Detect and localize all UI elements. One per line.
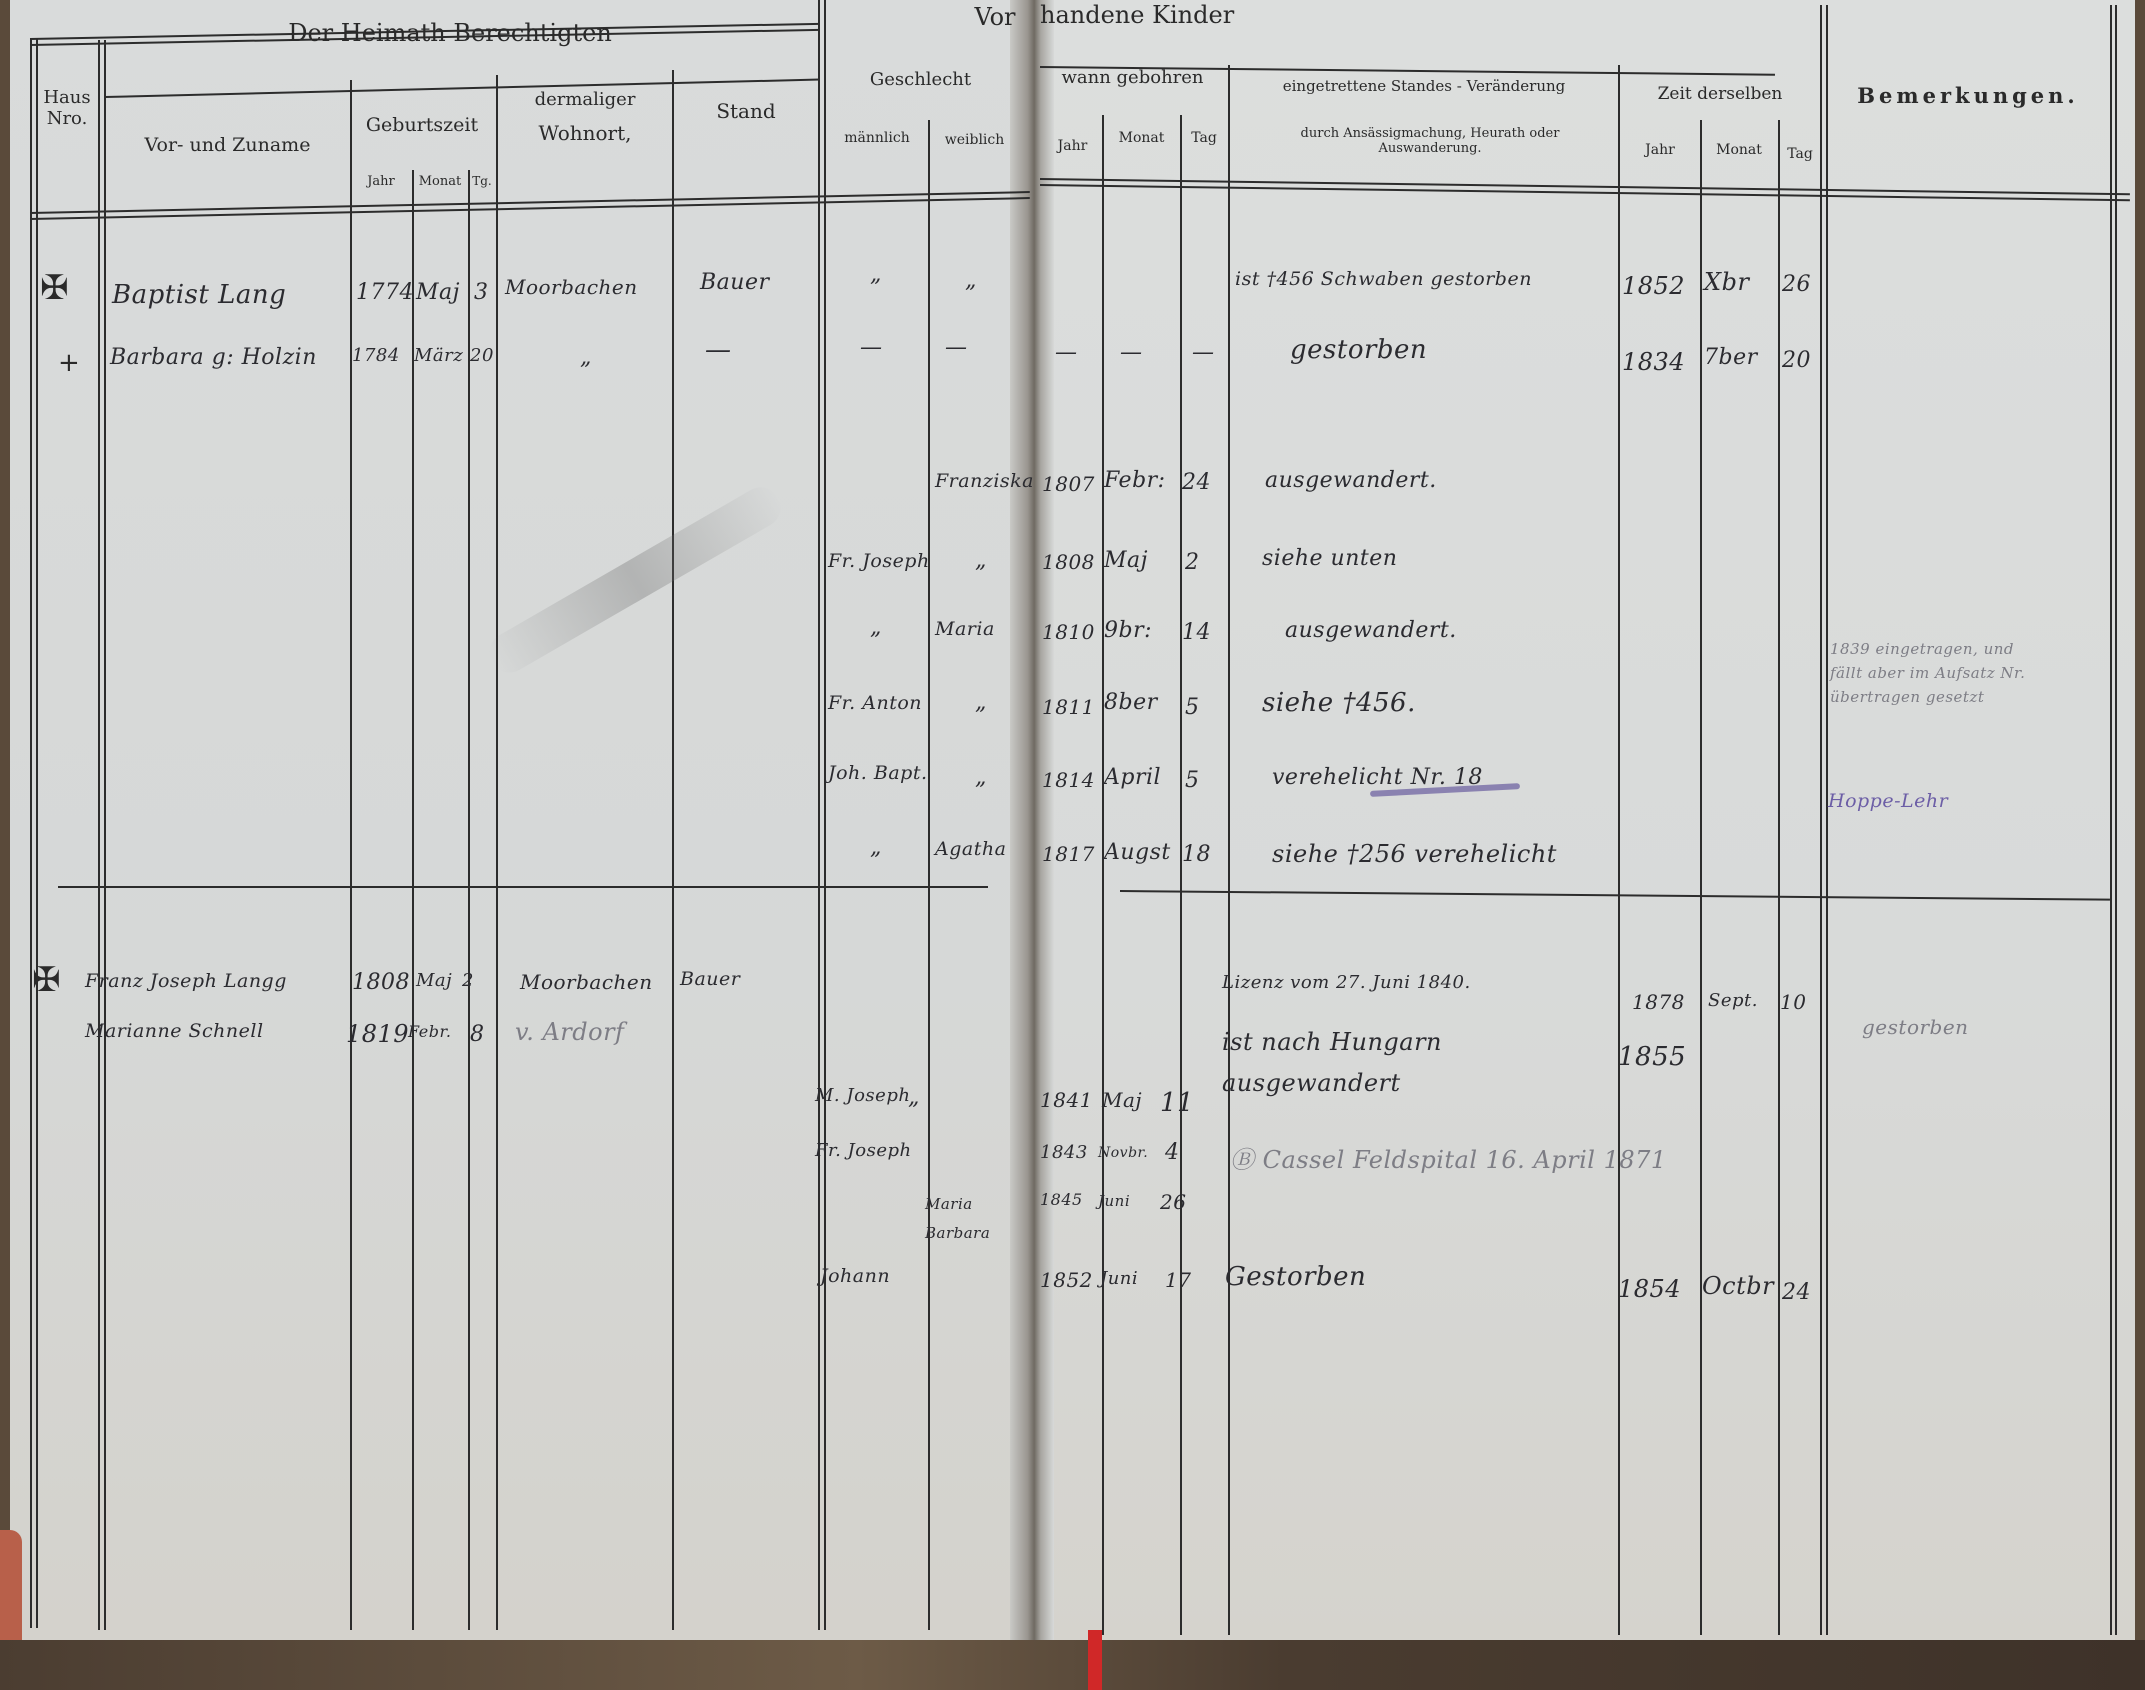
child-status-change: siehe †256 verehelicht [1272,840,1557,868]
group-title-vorhandene-kinder: handene Kinder [1040,2,1270,30]
child-female: „ [975,548,987,573]
child-year: 1841 [1040,1088,1093,1112]
bookmark-ribbon [1088,1630,1102,1690]
child-female: „ [908,1085,920,1110]
male-mark: „ [870,262,882,287]
col-geburtszeit-monat: Monat [412,175,468,190]
col-geburtszeit-tag: Tg. [468,175,496,189]
change-day: 20 [1782,348,1811,373]
birth-day: 3 [474,280,489,305]
change-month: Sept. [1708,990,1758,1011]
female-mark: „ [965,268,977,293]
birth-year: 1819 [346,1020,409,1048]
status: — [705,335,732,365]
remark: gestorben [1862,1015,1969,1039]
group-title-vorhandene-part1: Vor [960,4,1030,32]
residence: v. Ardorf [515,1018,624,1046]
child-month: 8ber [1104,690,1158,715]
child-male: Johann [820,1265,890,1287]
child-month: Febr: [1104,468,1166,493]
change-year: 1878 [1632,990,1685,1014]
col-kind-tag: Tag [1182,130,1226,146]
group-title-heimath-berechtigten: Der Heimath Berechtigten [250,20,650,48]
child-month: Juni [1098,1192,1130,1210]
cross-mark-icon: ✠ [32,960,61,1000]
change-day: 24 [1782,1280,1811,1305]
col-geburtszeit: Geburtszeit [352,115,492,137]
status-change: gestorben [1290,335,1427,365]
child-month: 9br: [1104,618,1152,643]
col-wohnort-line2: Wohnort, [500,122,670,145]
change-day: 10 [1780,990,1806,1014]
child-day: 18 [1182,842,1211,867]
child-month: Juni [1100,1268,1138,1289]
child-status-change: Gestorben [1225,1262,1366,1292]
remark-line: 1839 eingetragen, und [1830,640,2014,658]
birth-day: 8 [470,1022,485,1047]
status-change: ist nach Hungarn ausgewandert [1222,1022,1462,1104]
child-status-change: Ⓑ Cassel Feldspital 16. April 1871 [1230,1140,1667,1175]
child-status-change: ausgewandert. [1265,468,1437,493]
change-month: 7ber [1704,345,1758,370]
change-year: 1834 [1622,348,1685,376]
change-year: 1855 [1618,1042,1686,1072]
col-wohnort-line1: dermaliger [500,90,670,111]
child-female: Maria [935,618,995,640]
col-zeit-derselben: Zeit derselben [1622,85,1818,105]
birth-year: 1774 [356,280,414,305]
status-change: Lizenz vom 27. Juni 1840. [1222,972,1471,993]
remark-purple: Hoppe-Lehr [1828,790,1948,812]
residence: Moorbachen [520,970,653,994]
child-year: 1852 [1040,1268,1093,1292]
remark-line: übertragen gesetzt [1830,688,1984,706]
col-zeit-tag: Tag [1780,146,1820,162]
child-year: 1843 [1040,1142,1088,1163]
status: Bauer [680,968,740,990]
child-month: April [1104,765,1161,790]
child-day: 26 [1160,1190,1186,1214]
residence: Moorbachen [505,275,638,299]
child-month: Augst [1104,840,1171,865]
col-kind-monat: Monat [1104,130,1179,146]
child-female: „ [975,690,987,715]
birth-year: 1808 [352,970,410,995]
child-status-change: siehe unten [1262,546,1397,571]
birth-day: 2 [462,970,474,991]
child-month: Maj [1104,548,1148,573]
col-haus-nro: Haus Nro. [36,88,98,129]
birth-month: März [414,345,463,366]
right-page [1030,0,2135,1640]
child-male: Fr. Joseph [815,1140,912,1161]
cross-mark-icon: ✠ [40,268,69,308]
birth-year: 1784 [352,345,400,366]
child-day: 14 [1182,620,1211,645]
child-female: Franziska [935,470,1034,492]
child-month: — [1120,340,1143,365]
col-stand: Stand [676,100,816,123]
left-page [10,0,1030,1640]
table-surface [0,1640,2145,1690]
child-year: 1817 [1042,842,1095,866]
child-male: M. Joseph [815,1085,910,1106]
status: Bauer [700,270,770,295]
col-bemerkungen: Bemerkungen. [1830,84,2106,108]
child-female: „ [975,765,987,790]
child-day: — [1192,340,1215,365]
child-male: Joh. Bapt. [828,762,928,784]
change-month: Xbr [1704,268,1749,296]
col-zeit-jahr: Jahr [1622,142,1698,158]
change-day: 26 [1782,272,1811,297]
child-year: 1811 [1042,695,1095,719]
child-status-change: siehe †456. [1262,688,1416,718]
birth-month: Maj [416,280,460,305]
male-mark: — [860,335,883,360]
col-geburtszeit-jahr: Jahr [352,175,410,190]
child-male: Fr. Anton [828,692,922,714]
col-maennlich: männlich [828,130,926,146]
child-day: 17 [1165,1268,1191,1292]
person-name: Barbara g: Holzin [110,345,317,370]
child-day: 11 [1160,1088,1194,1118]
child-male: „ [870,615,882,640]
change-month: Octbr [1702,1272,1774,1300]
child-male: Fr. Joseph [828,550,930,572]
birth-month: Maj [416,970,452,991]
person-name: Baptist Lang [112,280,286,310]
deceased-cross-icon: + [58,348,80,378]
child-year: 1808 [1042,550,1095,574]
col-veraenderung-sub: durch Ansässigmachung, Heurath oder Ausw… [1290,127,1570,157]
residence: „ [580,345,592,370]
child-year: 1845 [1040,1190,1083,1209]
female-mark: — [945,335,968,360]
child-year: 1807 [1042,472,1095,496]
child-day: 24 [1182,470,1211,495]
child-month: Maj [1102,1088,1142,1112]
child-female: Maria Barbara [925,1190,1015,1247]
child-day: 5 [1185,768,1200,793]
col-veraenderung: eingetrettene Standes - Veränderung [1232,78,1616,95]
col-kind-jahr: Jahr [1045,138,1100,154]
col-weiblich: weiblich [932,132,1017,148]
birth-day: 20 [470,345,494,366]
change-year: 1854 [1618,1275,1681,1303]
col-name: Vor- und Zuname [110,135,345,157]
child-female: Agatha [935,838,1006,860]
child-year: 1814 [1042,768,1095,792]
child-day: 5 [1185,695,1200,720]
birth-month: Febr. [408,1022,451,1041]
child-year: — [1055,340,1078,365]
child-month: Novbr. [1098,1145,1148,1161]
child-year: 1810 [1042,620,1095,644]
col-geschlecht: Geschlecht [828,70,1013,91]
child-day: 2 [1185,550,1200,575]
change-year: 1852 [1622,272,1685,300]
person-name: Marianne Schnell [85,1020,264,1042]
col-wann-gebohren: wann gebohren [1040,68,1225,89]
person-name: Franz Joseph Langg [85,970,287,992]
book-gutter [1010,0,1054,1650]
child-day: 4 [1165,1140,1180,1165]
child-male: „ [870,835,882,860]
child-status-change: ausgewandert. [1285,618,1457,643]
remark-line: fällt aber im Aufsatz Nr. [1830,664,2025,682]
col-zeit-monat: Monat [1702,142,1776,158]
status-change: ist †456 Schwaben gestorben [1235,268,1532,290]
